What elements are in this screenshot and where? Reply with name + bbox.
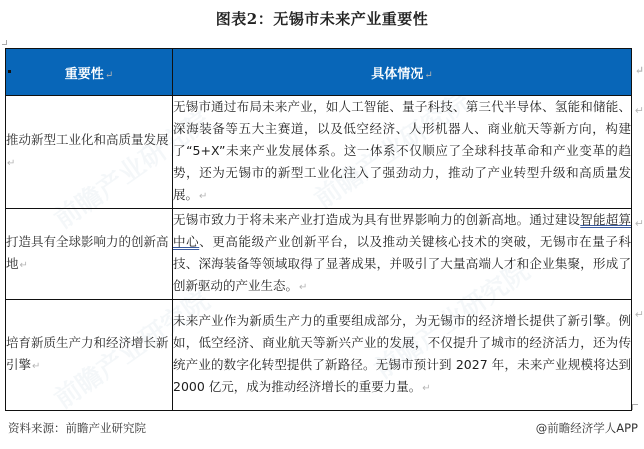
paragraph-mark-icon: ↵ <box>424 70 432 81</box>
table-row: 推动新型工业化和高质量发展↵ 无锡市通过布局未来产业，如人工智能、量子科技、第三… <box>6 96 632 209</box>
importance-cell: 打造具有全球影响力的创新高地↵ <box>6 209 173 300</box>
details-cell: 无锡市通过布局未来产业，如人工智能、量子科技、第三代半导体、氢能和储能、深海装备… <box>173 96 632 209</box>
table-row: 打造具有全球影响力的创新高地↵ 无锡市致力于将未来产业打造成为具有世界影响力的创… <box>6 209 632 300</box>
table-corner-marker <box>2 40 7 45</box>
paragraph-mark-icon: ↵ <box>422 383 430 394</box>
row-end-mark-icon: ↵ <box>635 213 644 235</box>
details-cell: 未来产业作为新质生产力的重要组成部分，为无锡市的经济增长提供了新引擎。例如，低空… <box>173 300 632 411</box>
paragraph-mark-icon: ↵ <box>199 191 207 202</box>
table-header-row: 重要性↵ 具体情况↵ ↵ <box>6 49 632 96</box>
paragraph-mark-icon: ↵ <box>7 158 15 169</box>
importance-cell: 培育新质生产力和经济增长新引擎↵ <box>6 300 173 411</box>
source-note: 资料来源：前瞻产业研究院 <box>8 420 146 436</box>
header-importance: 重要性↵ <box>6 49 173 96</box>
paragraph-mark-icon: ↵ <box>32 361 40 372</box>
importance-table: 重要性↵ 具体情况↵ ↵ 推动新型工业化和高质量发展↵ 无锡市通过布局未来产业，… <box>5 48 632 411</box>
row-end-mark-icon: ↵ <box>635 304 644 326</box>
row-end-mark-icon: ↵ <box>635 64 644 77</box>
credit-note: @前瞻经济学人APP <box>536 420 638 436</box>
table-row: 培育新质生产力和经济增长新引擎↵ 未来产业作为新质生产力的重要组成部分，为无锡市… <box>6 300 632 411</box>
row-end-mark-icon: ↵ <box>635 100 644 122</box>
paragraph-mark-icon: ↵ <box>20 260 28 271</box>
table-corner-marker <box>632 404 638 410</box>
bullet-marker <box>8 70 11 73</box>
page-title: 图表2：无锡市未来产业重要性 <box>0 8 644 29</box>
header-details: 具体情况↵ ↵ <box>173 49 632 96</box>
paragraph-mark-icon: ↵ <box>299 282 307 293</box>
paragraph-mark-icon: ↵ <box>105 70 113 81</box>
details-cell: 无锡市致力于将未来产业打造成为具有世界影响力的创新高地。通过建设智能超算中心、更… <box>173 209 632 300</box>
importance-cell: 推动新型工业化和高质量发展↵ <box>6 96 173 209</box>
